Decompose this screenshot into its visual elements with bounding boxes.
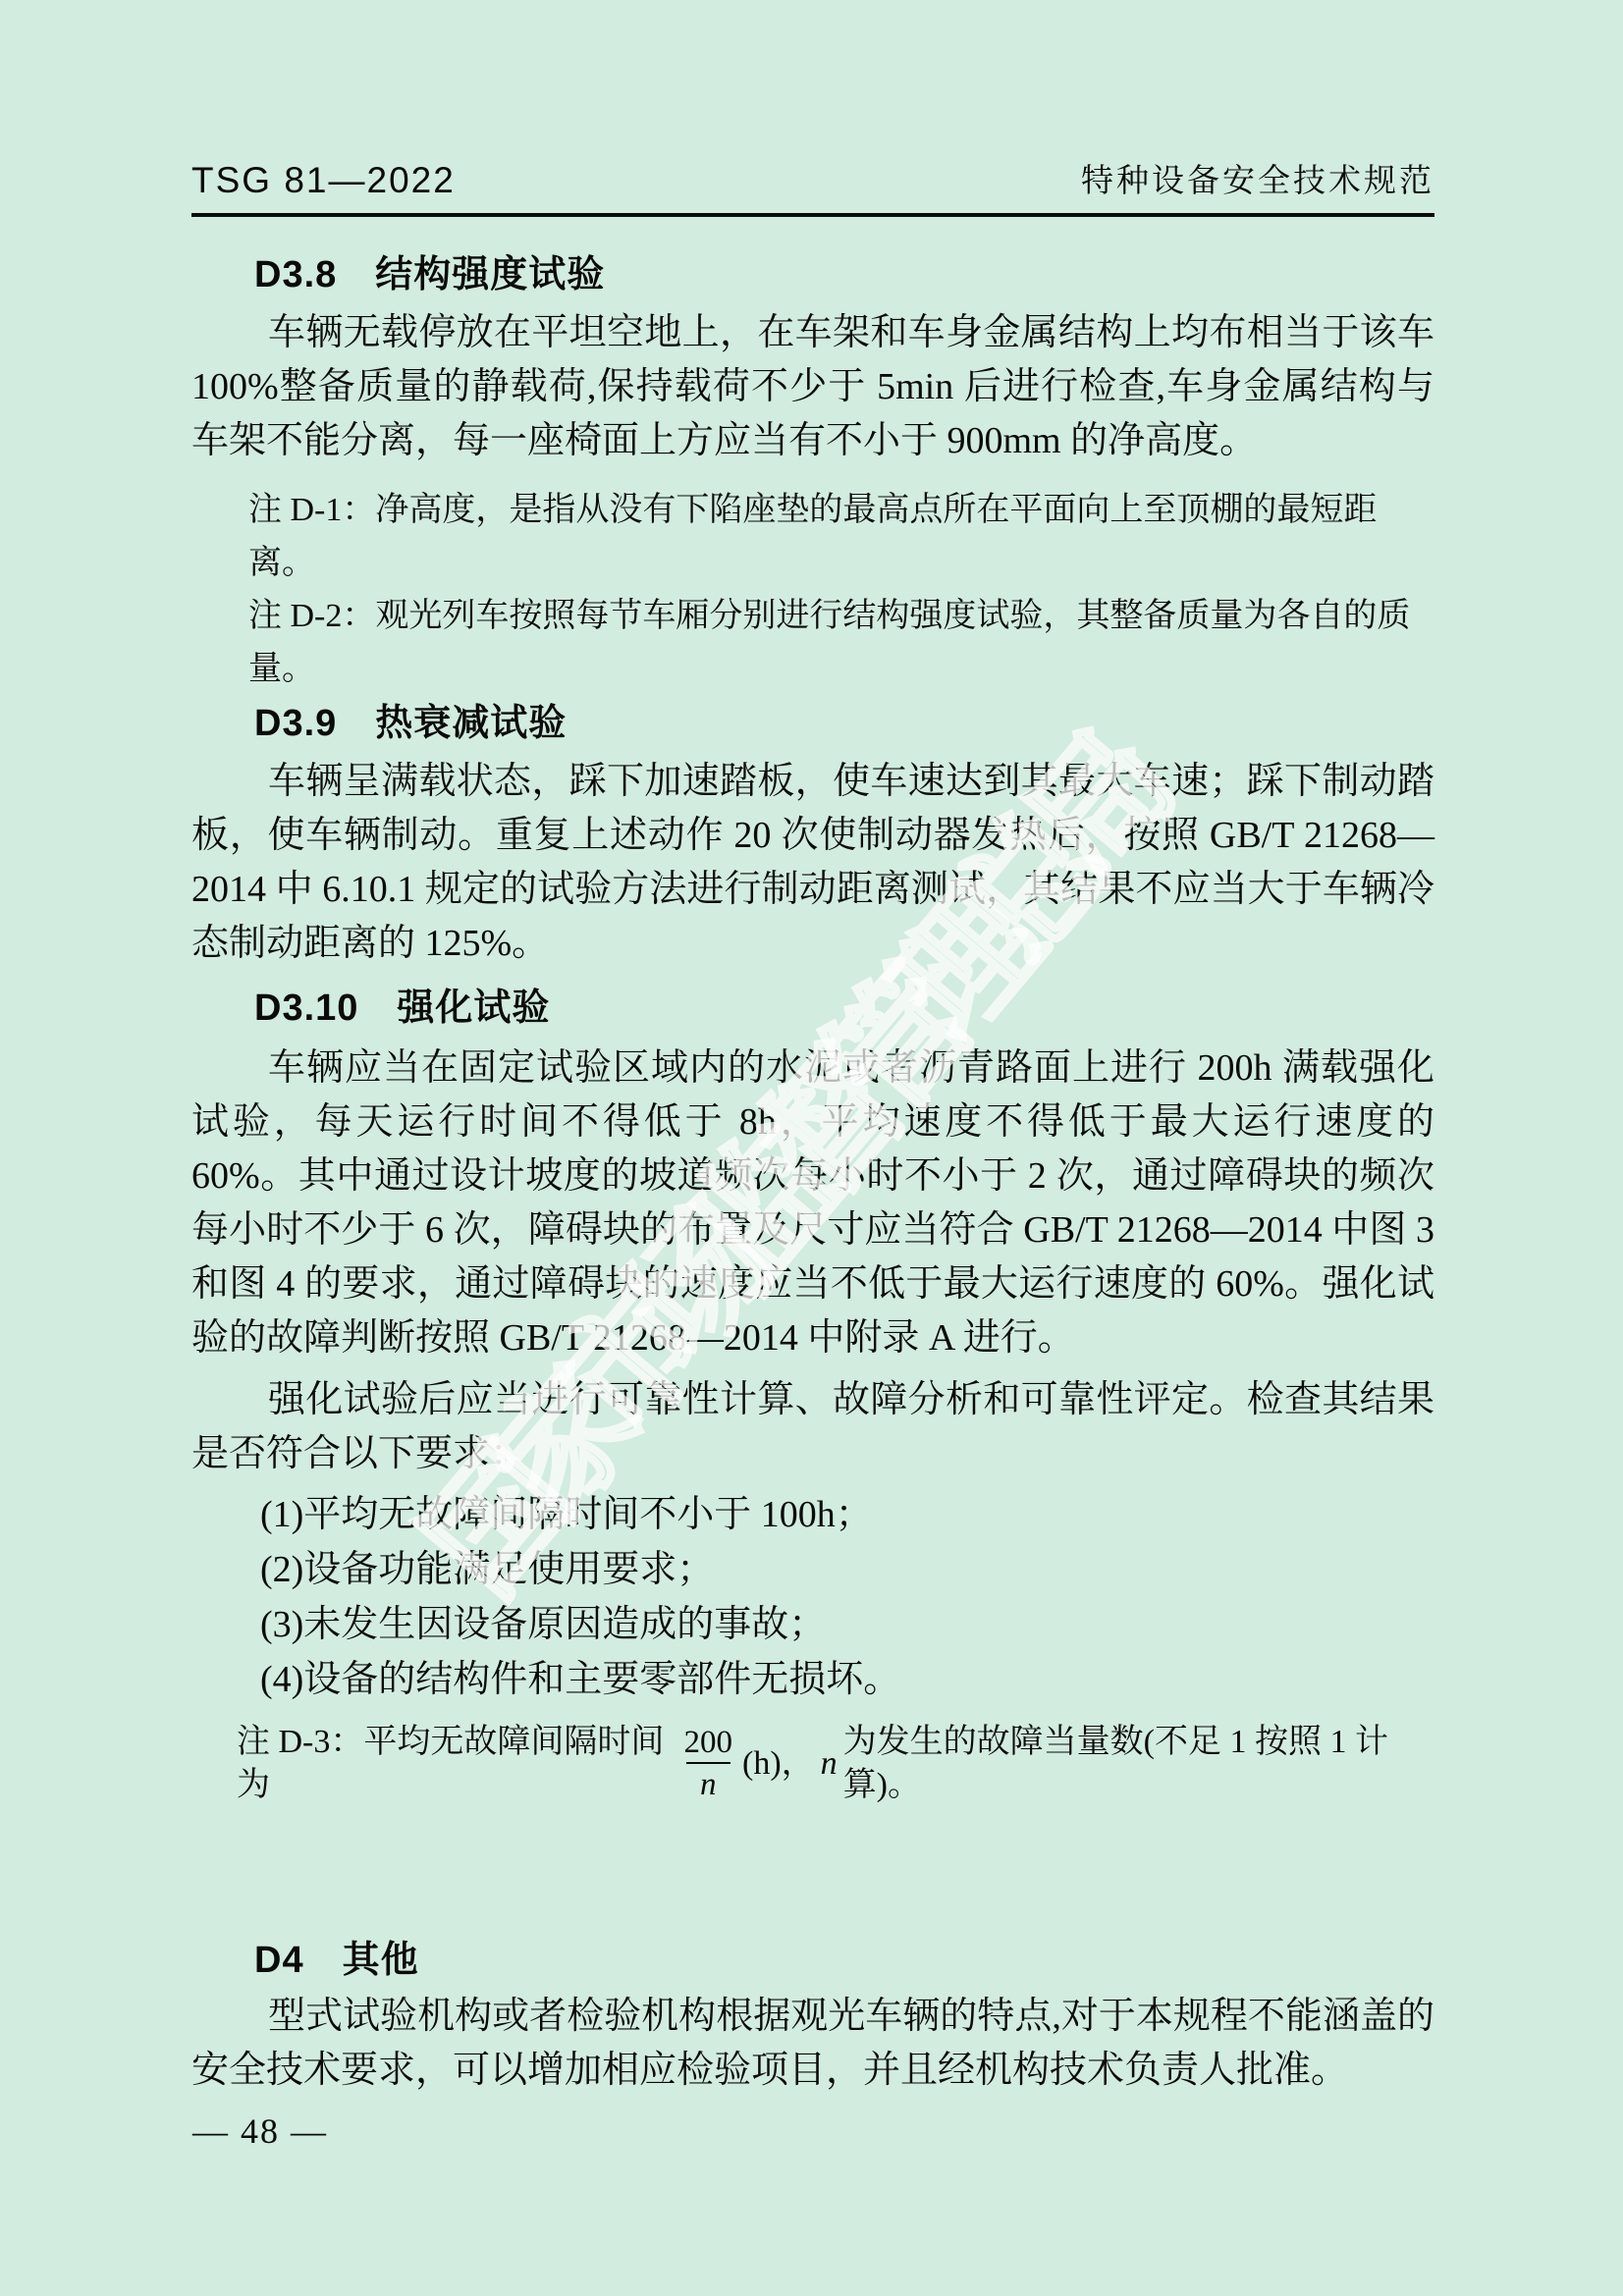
note-d3-suffix: 为发生的故障当量数(不足 1 按照 1 计算)。 bbox=[843, 1721, 1434, 1807]
section-heading-d3-8: D3.8 结构强度试验 bbox=[191, 253, 1434, 296]
paragraph-d3-9: 车辆呈满载状态，踩下加速踏板，使车速达到其最大车速；踩下制动踏板，使车辆制动。重… bbox=[191, 755, 1434, 971]
fraction-200-over-n: 200 n bbox=[684, 1723, 733, 1805]
fraction-denominator: n bbox=[686, 1762, 730, 1805]
header-doc-title: 特种设备安全技术规范 bbox=[1081, 155, 1434, 201]
paragraph-d3-10-second: 强化试验后应当进行可靠性计算、故障分析和可靠性评定。检查其结果是否符合以下要求： bbox=[191, 1373, 1434, 1481]
page-number: — 48 — bbox=[192, 2110, 328, 2152]
paragraph-d3-10-first: 车辆应当在固定试验区域内的水泥或者沥青路面上进行 200h 满载强化试验，每天运… bbox=[191, 1041, 1434, 1365]
note-d1: 注 D-1：净高度，是指从没有下陷座垫的最高点所在平面向上至顶棚的最短距离。 bbox=[191, 484, 1434, 590]
paragraph-d4: 型式试验机构或者检验机构根据观光车辆的特点,对于本规程不能涵盖的安全技术要求，可… bbox=[191, 1990, 1434, 2098]
list-item-3: (3)未发生因设备原因造成的事故； bbox=[191, 1597, 1434, 1652]
page-header: TSG 81—2022 特种设备安全技术规范 bbox=[191, 155, 1434, 217]
list-item-2: (2)设备功能满足使用要求； bbox=[191, 1542, 1434, 1597]
note-d3: 注 D-3：平均无故障间隔时间为 200 n (h)， n 为发生的故障当量数(… bbox=[191, 1721, 1434, 1807]
fraction-numerator: 200 bbox=[684, 1723, 733, 1762]
note-d3-variable: n bbox=[815, 1742, 843, 1786]
document-body: D3.8 结构强度试验 车辆无载停放在平坦空地上，在车架和车身金属结构上均布相当… bbox=[191, 236, 1434, 2113]
list-item-4: (4)设备的结构件和主要零部件无损坏。 bbox=[191, 1652, 1434, 1707]
list-item-1: (1)平均无故障间隔时间不小于 100h； bbox=[191, 1487, 1434, 1542]
header-doc-code: TSG 81—2022 bbox=[191, 160, 456, 201]
section-heading-d3-9: D3.9 热衰减试验 bbox=[191, 702, 1434, 745]
note-d2: 注 D-2：观光列车按照每节车厢分别进行结构强度试验，其整备质量为各自的质量。 bbox=[191, 590, 1434, 696]
note-d3-unit: (h)， bbox=[742, 1742, 815, 1786]
note-d3-prefix: 注 D-3：平均无故障间隔时间为 bbox=[237, 1721, 675, 1807]
section-heading-d3-10: D3.10 强化试验 bbox=[191, 987, 1434, 1030]
document-page: TSG 81—2022 特种设备安全技术规范 D3.8 结构强度试验 车辆无载停… bbox=[0, 0, 1623, 2296]
paragraph-d3-8: 车辆无载停放在平坦空地上，在车架和车身金属结构上均布相当于该车 100%整备质量… bbox=[191, 306, 1434, 468]
section-heading-d4: D4 其他 bbox=[191, 1939, 1434, 1982]
